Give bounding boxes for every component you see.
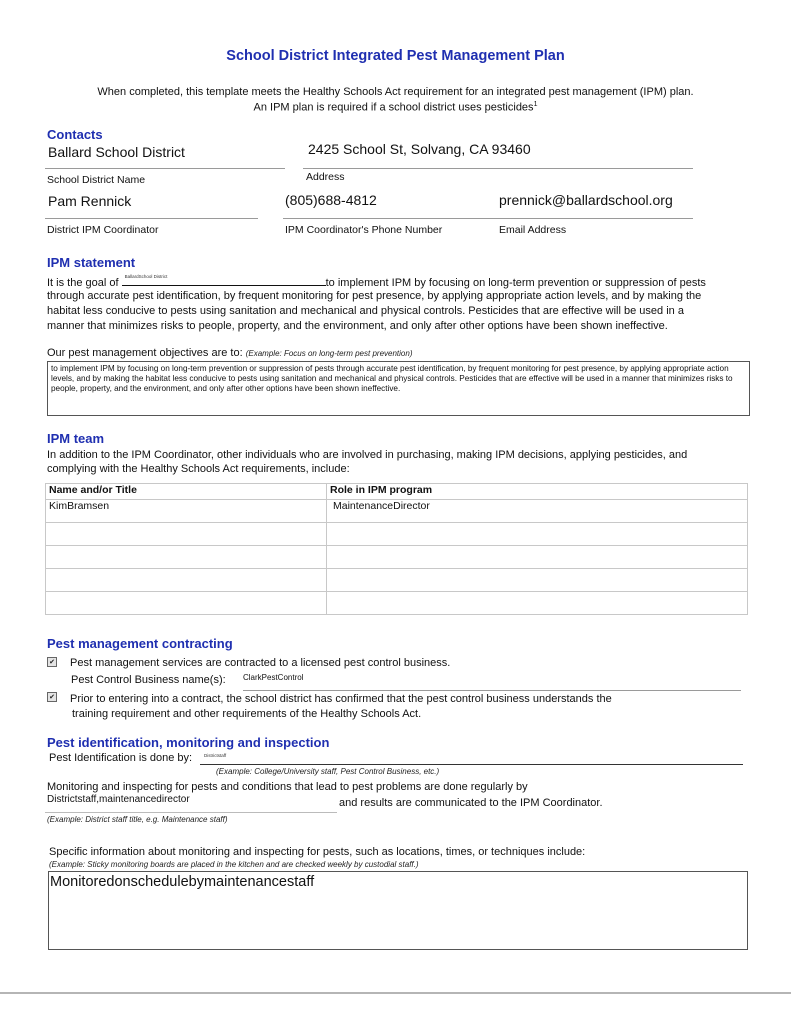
objectives-textarea[interactable]: to implement IPM by focusing on long-ter… [47,361,750,416]
page-divider [0,992,791,994]
email-field[interactable]: prennick@ballardschool.org [499,192,673,208]
confirmed-text-line-1: Prior to entering into a contract, the s… [70,692,612,708]
team-name-cell[interactable] [46,592,327,615]
footnote-mark: 1 [534,101,538,108]
done-by-value[interactable]: Districtstaff [204,753,226,758]
goal-district-value: BallardSchool District [125,269,168,285]
table-row [46,569,748,592]
specific-value: Monitoredonschedulebymaintenancestaff [49,872,747,892]
table-row [46,592,748,615]
ipm-statement-line-3: habitat less conducive to pests using sa… [47,304,777,320]
done-by-example: (Example: College/University staff, Pest… [216,767,439,776]
column-header-role: Role in IPM program [327,484,748,500]
ipm-statement-heading: IPM statement [47,255,135,270]
contracted-text: Pest management services are contracted … [70,656,450,672]
contracted-checkbox[interactable]: ✔ [47,657,57,667]
table-row [46,546,748,569]
business-name-label: Pest Control Business name(s): [71,673,226,689]
specific-example: (Example: Sticky monitoring boards are p… [49,860,419,869]
confirmed-text-line-2: training requirement and other requireme… [72,707,421,723]
done-by-underline [200,764,743,765]
goal-prefix: It is the goal of [47,277,119,289]
objectives-label: Our pest management objectives are to: [47,347,243,359]
monitoring-value[interactable]: Districtstaff,maintenancedirector [47,794,190,805]
team-name-cell[interactable] [46,569,327,592]
team-role-cell[interactable]: MaintenanceDirector [327,500,748,523]
intro-line-2: An IPM plan is required if a school dist… [0,101,791,114]
address-underline [303,168,693,169]
phone-label: IPM Coordinator's Phone Number [285,224,442,236]
objectives-label-row: Our pest management objectives are to: (… [47,347,412,359]
monitoring-underline [45,812,337,813]
district-name-field[interactable]: Ballard School District [48,144,185,160]
ipm-statement-line-2: through accurate pest identification, by… [47,289,777,305]
monitoring-example: (Example: District staff title, e.g. Mai… [47,815,228,824]
done-by-label: Pest Identification is done by: [49,751,192,767]
district-name-underline [45,168,285,169]
team-role-cell[interactable] [327,523,748,546]
monitoring-rest: and results are communicated to the IPM … [339,796,603,812]
coordinator-label: District IPM Coordinator [47,224,158,236]
table-header-row: Name and/or Title Role in IPM program [46,484,748,500]
confirmed-checkbox[interactable]: ✔ [47,692,57,702]
team-role-cell[interactable] [327,592,748,615]
phone-email-underline [283,218,693,219]
page-title: School District Integrated Pest Manageme… [0,48,791,64]
team-role-cell[interactable] [327,569,748,592]
ipm-team-table: Name and/or Title Role in IPM program Ki… [45,483,748,615]
phone-field[interactable]: (805)688-4812 [285,192,377,208]
coordinator-underline [45,218,258,219]
column-header-name: Name and/or Title [46,484,327,500]
ipm-team-line-2: complying with the Healthy Schools Act r… [47,462,777,478]
address-label: Address [306,171,345,183]
table-row [46,523,748,546]
specific-label: Specific information about monitoring an… [49,845,585,861]
contracting-heading: Pest management contracting [47,636,233,651]
checkmark-icon: ✔ [49,659,55,666]
business-name-underline [243,690,741,691]
checkmark-icon: ✔ [49,694,55,701]
intro-line-2-text: An IPM plan is required if a school dist… [254,102,534,114]
specific-textarea[interactable]: Monitoredonschedulebymaintenancestaff [48,871,748,950]
intro-line-1: When completed, this template meets the … [0,86,791,98]
team-name-cell[interactable] [46,523,327,546]
address-field[interactable]: 2425 School St, Solvang, CA 93460 [308,141,531,157]
contacts-heading: Contacts [47,127,103,142]
ipm-team-heading: IPM team [47,431,104,446]
team-role-cell[interactable] [327,546,748,569]
coordinator-field[interactable]: Pam Rennick [48,193,131,209]
ipm-statement-line-4: manner that minimizes risks to people, p… [47,319,777,335]
objectives-value: to implement IPM by focusing on long-ter… [48,362,749,396]
business-name-value[interactable]: ClarkPestControl [243,673,303,682]
goal-district-field[interactable]: BallardSchool District [122,274,326,286]
identification-heading: Pest identification, monitoring and insp… [47,735,329,750]
team-name-cell[interactable] [46,546,327,569]
email-label: Email Address [499,224,566,236]
goal-rest: to implement IPM by focusing on long-ter… [326,277,706,289]
team-name-cell[interactable]: KimBramsen [46,500,327,523]
district-name-label: School District Name [47,174,145,186]
objectives-example: (Example: Focus on long-term pest preven… [246,349,413,358]
table-row: KimBramsen MaintenanceDirector [46,500,748,523]
